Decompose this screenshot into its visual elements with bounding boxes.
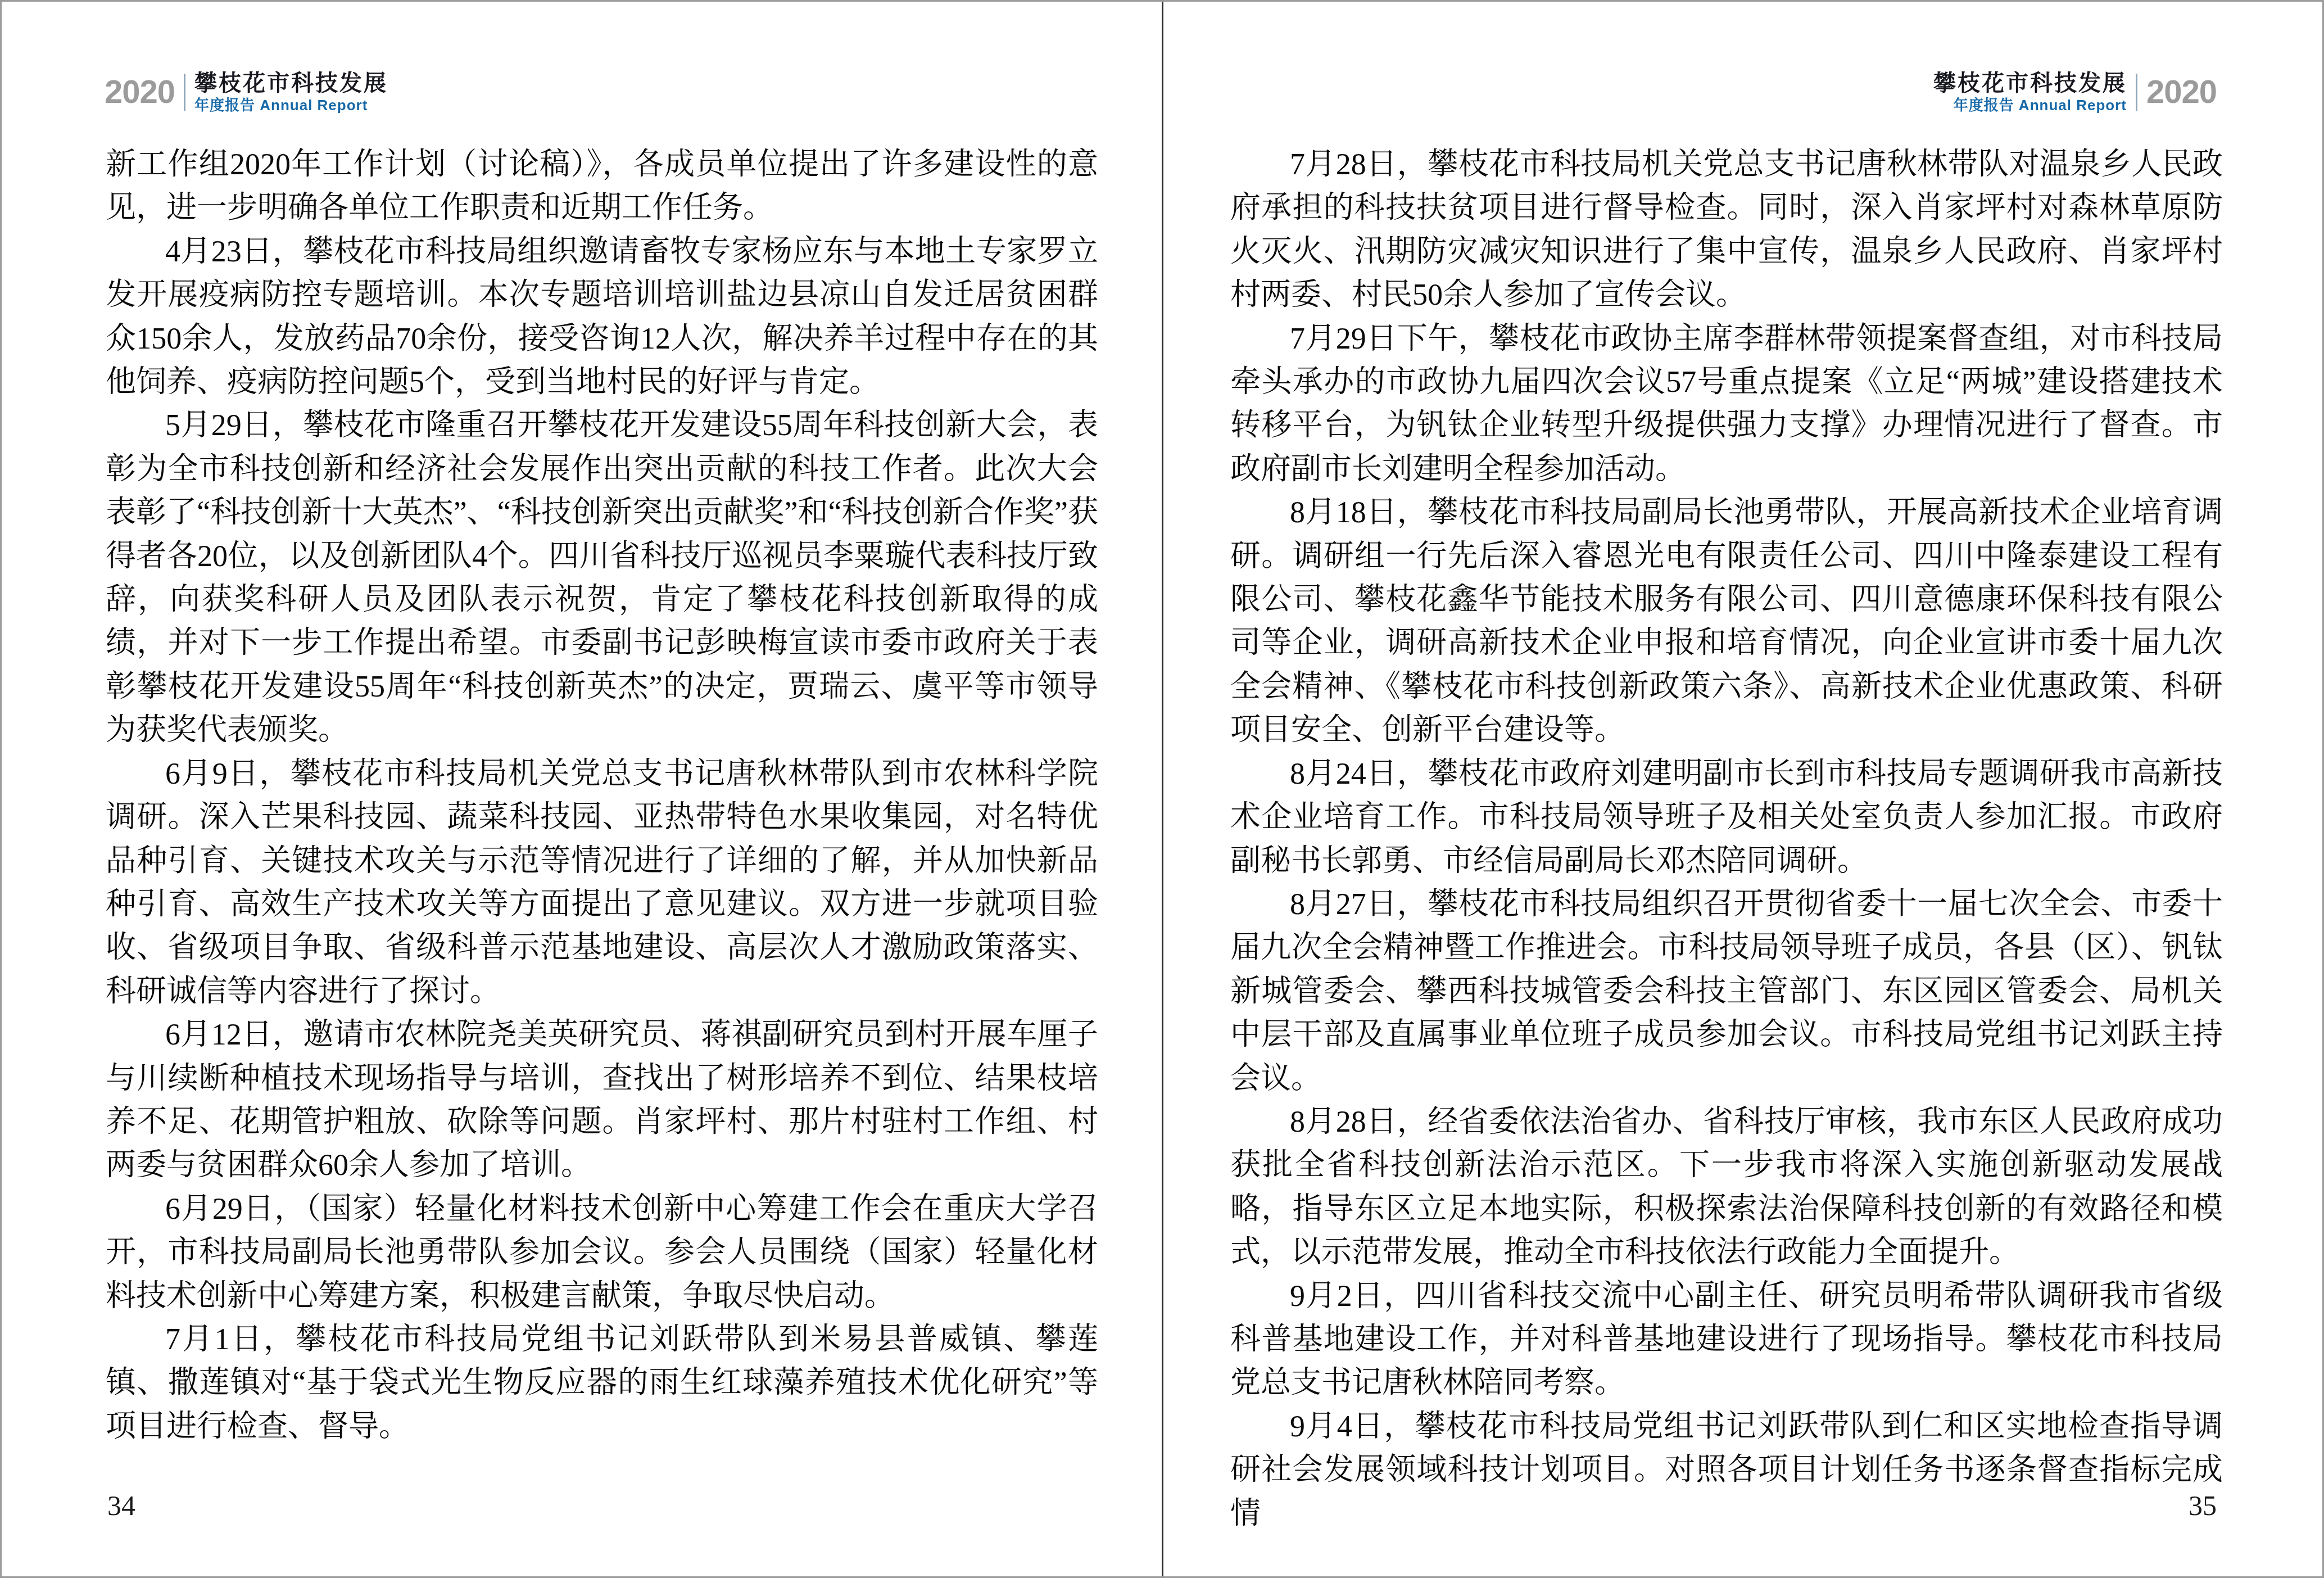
report-title: 攀枝花市科技发展 xyxy=(194,71,388,95)
paragraph: 8月27日，攀枝花市科技局组织召开贯彻省委十一届七次全会、市委十届九次全会精神暨… xyxy=(1230,883,2223,1100)
paragraph: 8月18日，攀枝花市科技局副局长池勇带队，开展高新技术企业培育调研。调研组一行先… xyxy=(1230,491,2223,752)
paragraph: 4月23日，攀枝花市科技局组织邀请畜牧专家杨应东与本地土专家罗立发开展疫病防控专… xyxy=(106,230,1098,404)
left-page-number: 34 xyxy=(107,1491,135,1520)
header-year: 2020 xyxy=(2146,76,2217,108)
header-divider-line xyxy=(184,74,185,111)
right-page-number: 35 xyxy=(2189,1491,2217,1520)
paragraph: 7月28日，攀枝花市科技局机关党总支书记唐秋林带队对温泉乡人民政府承担的科技扶贫… xyxy=(1230,143,2223,317)
report-title: 攀枝花市科技发展 xyxy=(1933,71,2127,95)
left-page-text: 新工作组2020年工作计划（讨论稿）》，各成员单位提出了许多建设性的意见，进一步… xyxy=(106,143,1098,1448)
paragraph: 9月4日，攀枝花市科技局党组书记刘跃带队到仁和区实地检查指导调研社会发展领域科技… xyxy=(1230,1405,2223,1535)
right-page-text: 7月28日，攀枝花市科技局机关党总支书记唐秋林带队对温泉乡人民政府承担的科技扶贫… xyxy=(1230,143,2223,1535)
report-subtitle: 年度报告 Annual Report xyxy=(194,98,388,113)
paragraph: 6月12日，邀请市农林院尧美英研究员、蒋祺副研究员到村开展车厘子与川续断种植技术… xyxy=(106,1013,1098,1187)
paragraph: 5月29日，攀枝花市隆重召开攀枝花开发建设55周年科技创新大会，表彰为全市科技创… xyxy=(106,404,1098,752)
paragraph: 8月28日，经省委依法治省办、省科技厅审核，我市东区人民政府成功获批全省科技创新… xyxy=(1230,1100,2223,1274)
paragraph: 8月24日，攀枝花市政府刘建明副市长到市科技局专题调研我市高新技术企业培育工作。… xyxy=(1230,752,2223,883)
paragraph: 7月29日下午，攀枝花市政协主席李群林带领提案督查组，对市科技局牵头承办的市政协… xyxy=(1230,317,2223,491)
paragraph: 6月29日，（国家）轻量化材料技术创新中心筹建工作会在重庆大学召开，市科技局副局… xyxy=(106,1187,1098,1318)
paragraph: 新工作组2020年工作计划（讨论稿）》，各成员单位提出了许多建设性的意见，进一步… xyxy=(106,143,1098,230)
header-divider-line xyxy=(2136,74,2137,111)
right-page-header: 攀枝花市科技发展 年度报告 Annual Report 2020 xyxy=(1933,71,2217,113)
header-titles: 攀枝花市科技发展 年度报告 Annual Report xyxy=(194,71,388,113)
book-spread: 2020 攀枝花市科技发展 年度报告 Annual Report 新工作组202… xyxy=(0,0,2324,1578)
page-spine-divider xyxy=(1162,2,1163,1578)
paragraph: 9月2日，四川省科技交流中心副主任、研究员明希带队调研我市省级科普基地建设工作，… xyxy=(1230,1274,2223,1405)
header-year: 2020 xyxy=(105,76,175,108)
report-subtitle: 年度报告 Annual Report xyxy=(1933,98,2127,113)
header-titles: 攀枝花市科技发展 年度报告 Annual Report xyxy=(1933,71,2127,113)
left-page-header: 2020 攀枝花市科技发展 年度报告 Annual Report xyxy=(105,71,388,113)
paragraph: 7月1日，攀枝花市科技局党组书记刘跃带队到米易县普威镇、攀莲镇、撒莲镇对“基于袋… xyxy=(106,1318,1098,1448)
paragraph: 6月9日，攀枝花市科技局机关党总支书记唐秋林带队到市农林科学院调研。深入芒果科技… xyxy=(106,752,1098,1013)
